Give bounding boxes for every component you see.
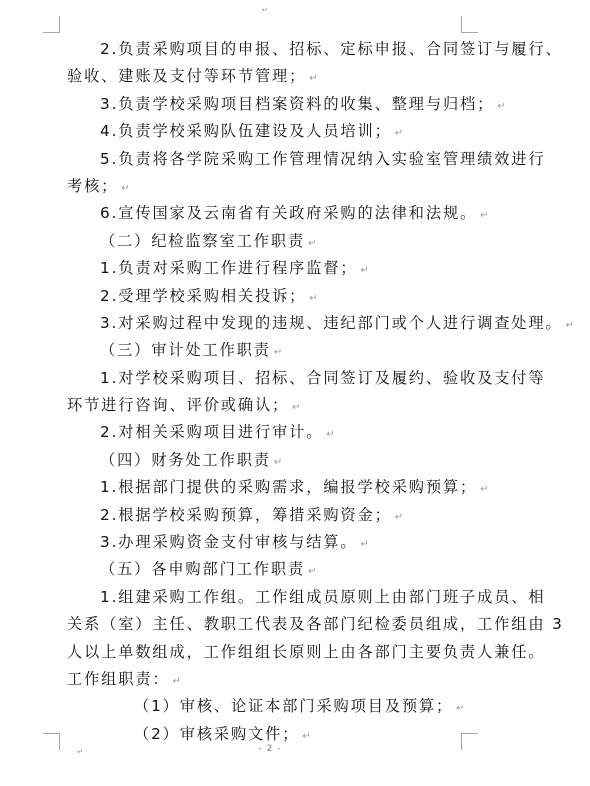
- paragraph-mark-icon: ↵: [302, 731, 310, 742]
- document-body[interactable]: 2.负责采购项目的申报、招标、定标申报、合同签订与履行、验收、建账及支付等环节管…: [67, 36, 529, 748]
- line-text: 1.对学校采购项目、招标、合同签订及履约、验收及支付等: [100, 369, 545, 387]
- paragraph-mark-icon: ↵: [308, 238, 316, 249]
- line-text: 关系（室）主任、教职工代表及各部门纪检委员组成，工作组由 3: [67, 615, 564, 633]
- header-paragraph-mark-icon: ↵: [262, 6, 268, 14]
- text-line: 3.办理采购资金支付审核与结算。↵: [67, 529, 529, 556]
- paragraph-mark-icon: ↵: [361, 539, 369, 550]
- paragraph-mark-icon: ↵: [566, 320, 574, 331]
- paragraph-mark-icon: ↵: [173, 676, 181, 687]
- line-text: 工作组职责：: [67, 670, 170, 688]
- line-text: （1）审核、论证本部门采购项目及预算；: [134, 697, 453, 715]
- line-text: 1.负责对采购工作进行程序监督；: [100, 259, 358, 277]
- line-text: 4.负责学校采购队伍建设及人员培训；: [100, 122, 392, 140]
- text-line: （四）财务处工作职责↵: [67, 447, 529, 474]
- line-text: 2.负责采购项目的申报、招标、定标申报、合同签订与履行、: [100, 40, 563, 58]
- paragraph-mark-icon: ↵: [292, 402, 300, 413]
- text-line: 工作组职责：↵: [67, 666, 529, 693]
- line-text: （三）审计处工作职责: [100, 341, 271, 359]
- line-text: 环节进行咨询、评价或确认；: [67, 396, 289, 414]
- text-line: 2.负责采购项目的申报、招标、定标申报、合同签订与履行、: [67, 36, 529, 63]
- paragraph-mark-icon: ↵: [480, 484, 488, 495]
- text-line: 5.负责将各学院采购工作管理情况纳入实验室管理绩效进行: [67, 146, 529, 173]
- paragraph-mark-icon: ↵: [274, 457, 282, 468]
- text-line: 环节进行咨询、评价或确认；↵: [67, 392, 529, 419]
- line-text: （2）审核采购文件；: [134, 725, 299, 743]
- document-page: ↵ 2.负责采购项目的申报、招标、定标申报、合同签订与履行、验收、建账及支付等环…: [0, 0, 590, 786]
- line-text: 1.根据部门提供的采购需求，编报学校采购预算；: [100, 478, 477, 496]
- line-text: 3.办理采购资金支付审核与结算。: [100, 533, 358, 551]
- text-line: （2）审核采购文件；↵: [67, 721, 529, 748]
- line-text: 考核；: [67, 177, 118, 195]
- text-line: 3.对采购过程中发现的违规、违纪部门或个人进行调查处理。↵: [67, 310, 529, 337]
- paragraph-mark-icon: ↵: [497, 101, 505, 112]
- margin-corner-top-right: [461, 16, 478, 33]
- text-line: 4.负责学校采购队伍建设及人员培训；↵: [67, 118, 529, 145]
- line-text: （五）各申购部门工作职责: [100, 560, 305, 578]
- paragraph-mark-icon: ↵: [121, 183, 129, 194]
- text-line: （五）各申购部门工作职责↵: [67, 556, 529, 583]
- text-line: 6.宣传国家及云南省有关政府采购的法律和法规。↵: [67, 200, 529, 227]
- line-text: 2.受理学校采购相关投诉；: [100, 287, 306, 305]
- text-line: （二）纪检监察室工作职责↵: [67, 228, 529, 255]
- paragraph-mark-icon: ↵: [326, 429, 334, 440]
- text-line: 1.组建采购工作组。工作组成员原则上由部门班子成员、相: [67, 584, 529, 611]
- line-text: 2.根据学校采购预算，筹措采购资金；: [100, 506, 392, 524]
- paragraph-mark-icon: ↵: [395, 512, 403, 523]
- text-line: 人以上单数组成，工作组组长原则上由各部门主要负责人兼任。: [67, 639, 529, 666]
- paragraph-mark-icon: ↵: [274, 347, 282, 358]
- text-line: 2.受理学校采购相关投诉；↵: [67, 283, 529, 310]
- paragraph-mark-icon: ↵: [361, 265, 369, 276]
- paragraph-mark-icon: ↵: [308, 566, 316, 577]
- line-text: 3.对采购过程中发现的违规、违纪部门或个人进行调查处理。: [100, 314, 563, 332]
- text-line: 验收、建账及支付等环节管理；↵: [67, 63, 529, 90]
- line-text: 5.负责将各学院采购工作管理情况纳入实验室管理绩效进行: [100, 150, 545, 168]
- margin-corner-bottom-left: [43, 733, 60, 750]
- line-text: 人以上单数组成，工作组组长原则上由各部门主要负责人兼任。: [67, 643, 545, 661]
- text-line: 1.负责对采购工作进行程序监督；↵: [67, 255, 529, 282]
- line-text: 3.负责学校采购项目档案资料的收集、整理与归档；: [100, 95, 494, 113]
- line-text: 1.组建采购工作组。工作组成员原则上由部门班子成员、相: [100, 588, 545, 606]
- paragraph-mark-icon: ↵: [456, 703, 464, 714]
- line-text: （二）纪检监察室工作职责: [100, 232, 305, 250]
- paragraph-mark-icon: ↵: [309, 293, 317, 304]
- line-text: （四）财务处工作职责: [100, 451, 271, 469]
- text-line: （1）审核、论证本部门采购项目及预算；↵: [67, 693, 529, 720]
- paragraph-mark-icon: ↵: [395, 128, 403, 139]
- text-line: 1.对学校采购项目、招标、合同签订及履约、验收及支付等: [67, 365, 529, 392]
- line-text: 2.对相关采购项目进行审计。: [100, 423, 323, 441]
- text-line: 关系（室）主任、教职工代表及各部门纪检委员组成，工作组由 3: [67, 611, 529, 638]
- page-number: - 2 -: [250, 744, 290, 754]
- paragraph-mark-icon: ↵: [309, 73, 317, 84]
- margin-corner-top-left: [43, 16, 60, 33]
- text-line: 2.根据学校采购预算，筹措采购资金；↵: [67, 502, 529, 529]
- footer-paragraph-mark-icon: ↵: [77, 748, 83, 756]
- text-line: 3.负责学校采购项目档案资料的收集、整理与归档；↵: [67, 91, 529, 118]
- text-line: 2.对相关采购项目进行审计。↵: [67, 419, 529, 446]
- line-text: 验收、建账及支付等环节管理；: [67, 67, 306, 85]
- text-line: （三）审计处工作职责↵: [67, 337, 529, 364]
- text-line: 考核；↵: [67, 173, 529, 200]
- line-text: 6.宣传国家及云南省有关政府采购的法律和法规。: [100, 204, 477, 222]
- text-line: 1.根据部门提供的采购需求，编报学校采购预算；↵: [67, 474, 529, 501]
- paragraph-mark-icon: ↵: [480, 210, 488, 221]
